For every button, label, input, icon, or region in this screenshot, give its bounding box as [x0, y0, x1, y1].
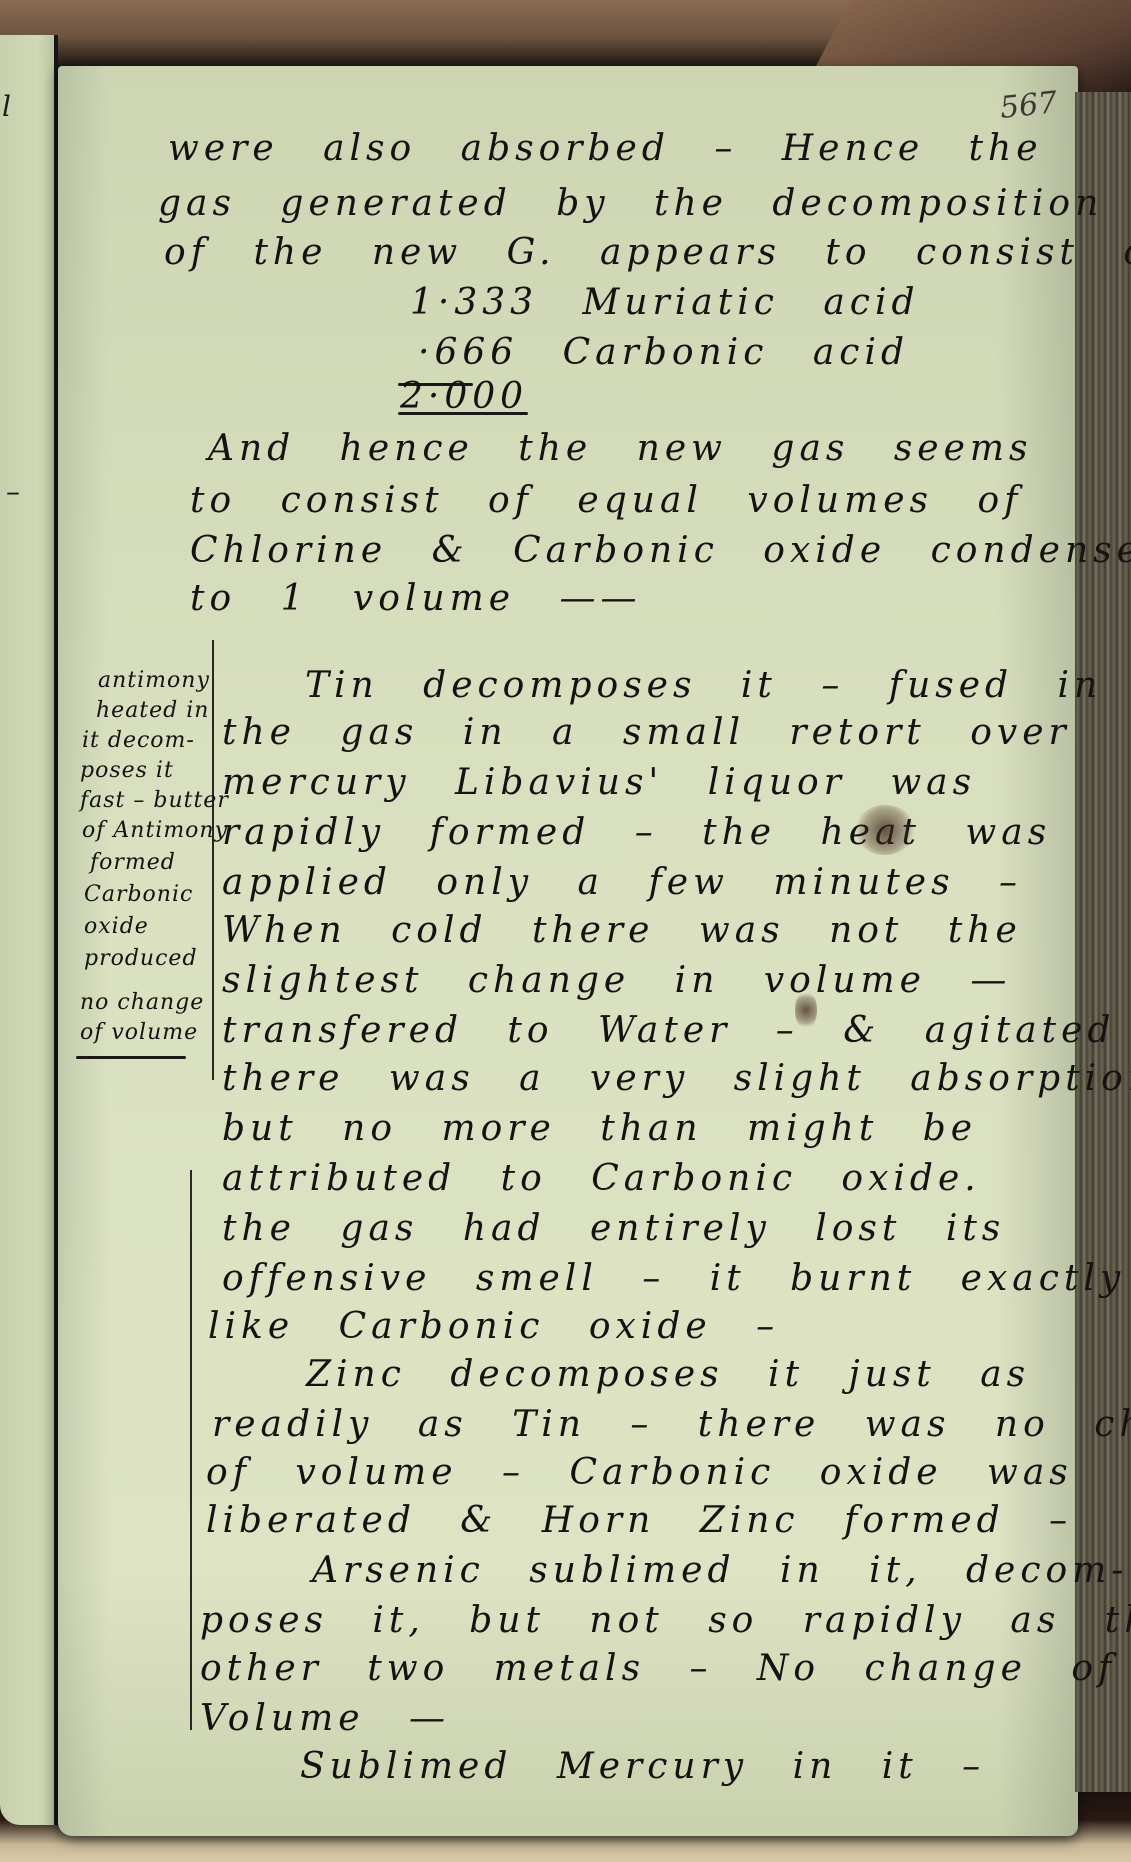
- page-block-edge: [1075, 92, 1131, 1792]
- text-line: but no more than might be: [222, 1108, 977, 1149]
- margin-note-line: antimony: [98, 668, 210, 693]
- text-line: gas generated by the decomposition: [158, 183, 1103, 224]
- page-number: 567: [998, 85, 1059, 126]
- margin-note-line: produced: [84, 946, 198, 971]
- margin-note-underline: [76, 1056, 186, 1059]
- text-line: were also absorbed – Hence the: [168, 128, 1043, 169]
- margin-note-line: of Antimony: [82, 818, 228, 843]
- text-line: Zinc decomposes it just as: [306, 1354, 1030, 1395]
- text-line: Arsenic sublimed in it, decom-: [312, 1550, 1128, 1591]
- text-line: 1·333 Muriatic acid: [410, 282, 920, 323]
- margin-note-line: heated in: [96, 698, 209, 723]
- facing-page-mark: l: [2, 90, 11, 123]
- margin-note-line: no change: [80, 990, 204, 1015]
- facing-page-mark: –: [6, 475, 20, 508]
- margin-bracket-line: [212, 640, 214, 1080]
- text-line: to 1 volume ——: [190, 578, 642, 619]
- text-line: the gas had entirely lost its: [222, 1208, 1005, 1249]
- text-line: readily as Tin – there was no change: [212, 1404, 1131, 1445]
- text-line: ·666 Carbonic acid: [418, 332, 909, 373]
- margin-note-line: poses it: [80, 758, 174, 783]
- text-line: like Carbonic oxide –: [208, 1306, 779, 1347]
- text-line: applied only a few minutes –: [222, 862, 1022, 903]
- text-line: poses it, but not so rapidly as the: [200, 1600, 1131, 1641]
- text-line: attributed to Carbonic oxide.: [222, 1158, 981, 1199]
- text-line: transfered to Water – & agitated: [222, 1010, 1115, 1051]
- text-line: Sublimed Mercury in it –: [300, 1746, 985, 1787]
- text-line: rapidly formed – the heat was: [222, 812, 1051, 853]
- text-line: Tin decomposes it – fused in: [305, 665, 1102, 706]
- text-line: Chlorine & Carbonic oxide condensed: [190, 530, 1131, 571]
- margin-note-line: oxide: [84, 914, 149, 939]
- sum-rule: [398, 412, 528, 415]
- ink-blot: [855, 805, 915, 855]
- facing-page-edge: l –: [0, 35, 58, 1825]
- text-line: offensive smell – it burnt exactly: [222, 1258, 1125, 1299]
- text-line: When cold there was not the: [222, 910, 1022, 951]
- margin-note-line: of volume: [80, 1020, 198, 1045]
- text-line: slightest change in volume —: [222, 960, 1011, 1001]
- text-line: of volume – Carbonic oxide was: [206, 1452, 1073, 1493]
- margin-note-line: formed: [90, 850, 176, 875]
- text-line: of the new G. appears to consist of: [164, 232, 1131, 273]
- text-line: the gas in a small retort over: [222, 712, 1071, 753]
- text-line: And hence the new gas seems: [208, 428, 1033, 469]
- text-line: 2·000: [400, 376, 528, 417]
- ink-smudge: [795, 990, 817, 1030]
- margin-rule-line: [190, 1170, 192, 1730]
- margin-note-line: fast – butter: [80, 788, 229, 813]
- text-line: there was a very slight absorption: [222, 1058, 1131, 1099]
- text-line: mercury Libavius' liquor was: [222, 762, 976, 803]
- text-line: Volume —: [200, 1698, 450, 1739]
- text-line: to consist of equal volumes of: [190, 480, 1022, 521]
- text-line: other two metals – No change of: [200, 1648, 1116, 1689]
- margin-note-line: Carbonic: [84, 882, 193, 907]
- margin-note-line: it decom-: [82, 728, 195, 753]
- text-line: liberated & Horn Zinc formed –: [206, 1500, 1072, 1541]
